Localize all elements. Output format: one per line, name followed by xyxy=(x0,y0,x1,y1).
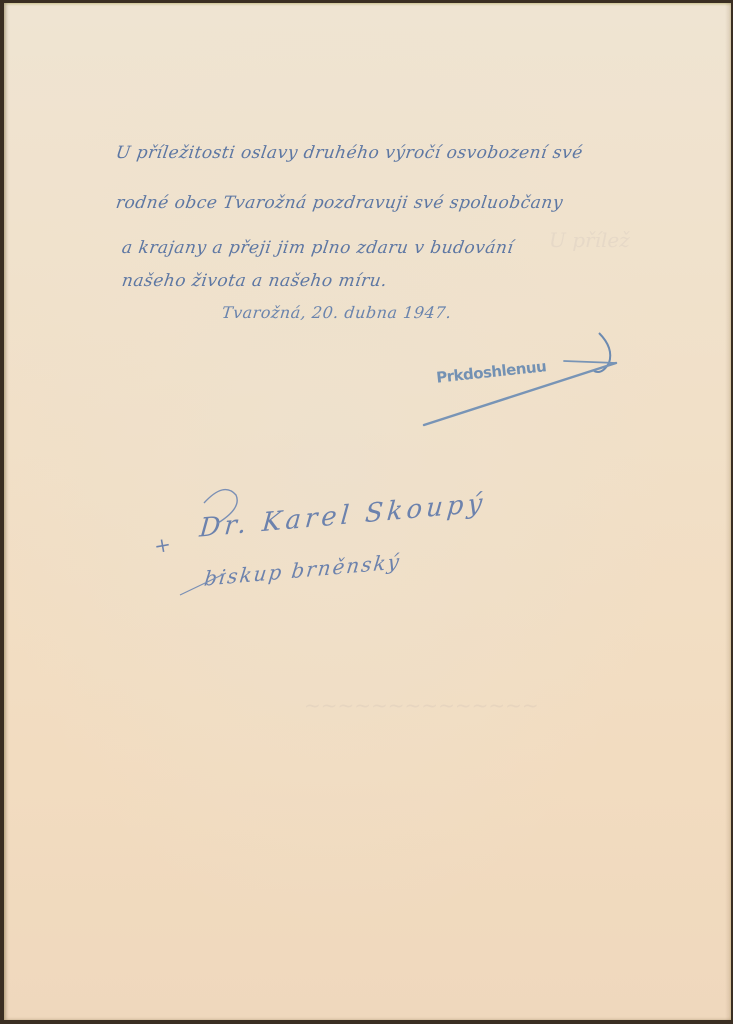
message-line: U příležitosti oslavy druhého výročí osv… xyxy=(115,143,585,163)
signature-title: biskup brněnský xyxy=(203,549,403,591)
place-date: Tvarožná, 20. dubna 1947. xyxy=(221,303,453,322)
signature-underline-tail xyxy=(564,361,616,363)
bleed-through-text: ~~~~~~~~~~~~~~ xyxy=(304,693,539,717)
message-line: a krajany a přeji jim plno zdaru v budov… xyxy=(121,238,515,258)
message-line: rodné obce Tvarožná pozdravuji své spolu… xyxy=(115,193,565,213)
cross-symbol: + xyxy=(152,532,173,559)
signature-flourish xyxy=(594,333,610,372)
bleed-through-text: U přílež xyxy=(549,228,630,252)
signature-name: Dr. Karel Skoupý xyxy=(198,488,487,543)
message-line: našeho života a našeho míru. xyxy=(121,271,389,291)
document-page: U přílež ~~~~~~~~~~~~~~ U příležitosti o… xyxy=(4,3,731,1020)
signature-text: Prkdoshlenuu xyxy=(435,357,547,386)
